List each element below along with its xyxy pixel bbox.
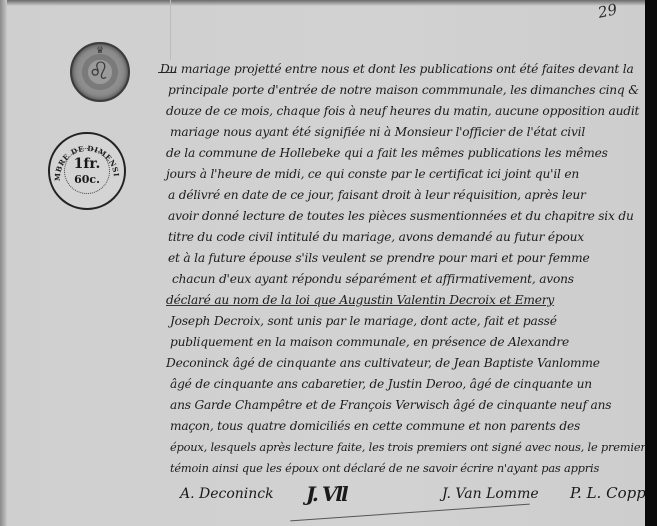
body-line-groom: déclaré au nom de la loi que Augustin Va…: [166, 293, 554, 307]
dimension-stamp: TIMBRE DE DIMENSION 1fr. 60c.: [48, 132, 126, 210]
lion-icon: ♌: [84, 56, 114, 86]
crown-icon: ♛: [92, 46, 108, 54]
body-line-witness: Deconinck âgé de cinquante ans cultivate…: [166, 356, 600, 370]
body-line: maçon, tous quatre domiciliés en cette c…: [170, 419, 580, 433]
body-line: Du mariage projetté entre nous et dont l…: [160, 62, 634, 76]
body-line: de la commune de Hollebeke qui a fait le…: [166, 146, 608, 160]
body-line: jours à l'heure de midi, ce qui conste p…: [166, 167, 579, 181]
body-line: a délivré en date de ce jour, faisant dr…: [168, 188, 586, 202]
body-line-bride: Joseph Decroix, sont unis par le mariage…: [170, 314, 557, 328]
body-line: chacun d'eux ayant répondu séparément et…: [172, 272, 574, 286]
scan-left-edge: [0, 0, 7, 526]
signature-flourish: [290, 504, 529, 522]
document-page: 29 ♛ ♌ TIMBRE DE DIMENSION 1fr. 60c. Du …: [0, 0, 645, 526]
scan-right-border: [645, 0, 657, 526]
body-line: mariage nous ayant été signifiée ni à Mo…: [170, 125, 585, 139]
body-line: publiquement en la maison communale, en …: [170, 335, 569, 349]
body-line-witness: ans Garde Champêtre et de François Verwi…: [170, 398, 611, 412]
paper-fold-line: [170, 0, 171, 60]
body-line: douze de ce mois, chaque fois à neuf heu…: [166, 104, 639, 118]
stamp-value-francs: 1fr.: [50, 156, 124, 172]
body-line: principale porte d'entrée de notre maiso…: [168, 83, 639, 97]
lion-seal-icon: ♛ ♌: [70, 42, 130, 102]
body-line: avoir donné lecture de toutes les pièces…: [168, 209, 634, 223]
signature-witness: J. Vll: [306, 482, 347, 506]
stamp-value-centimes: 60c.: [50, 173, 124, 186]
signature-vanlomme: J. Van Lomme: [442, 486, 539, 502]
signatures-row: A. Deconinck J. Vll J. Van Lomme P. L. C…: [180, 482, 640, 516]
scan-top-edge: [0, 0, 645, 6]
signature-deconinck: A. Deconinck: [180, 486, 274, 502]
body-line: époux, lesquels après lecture faite, les…: [170, 440, 645, 454]
body-line: témoin ainsi que les époux ont déclaré d…: [170, 461, 599, 475]
body-line-witness: âgé de cinquante ans cabaretier, de Just…: [170, 377, 592, 391]
body-line: titre du code civil intitulé du mariage,…: [168, 230, 584, 244]
body-line: et à la future épouse s'ils veulent se p…: [168, 251, 590, 265]
signature-coppin: P. L. Coppin: [570, 484, 645, 502]
page-number: 29: [596, 0, 618, 22]
